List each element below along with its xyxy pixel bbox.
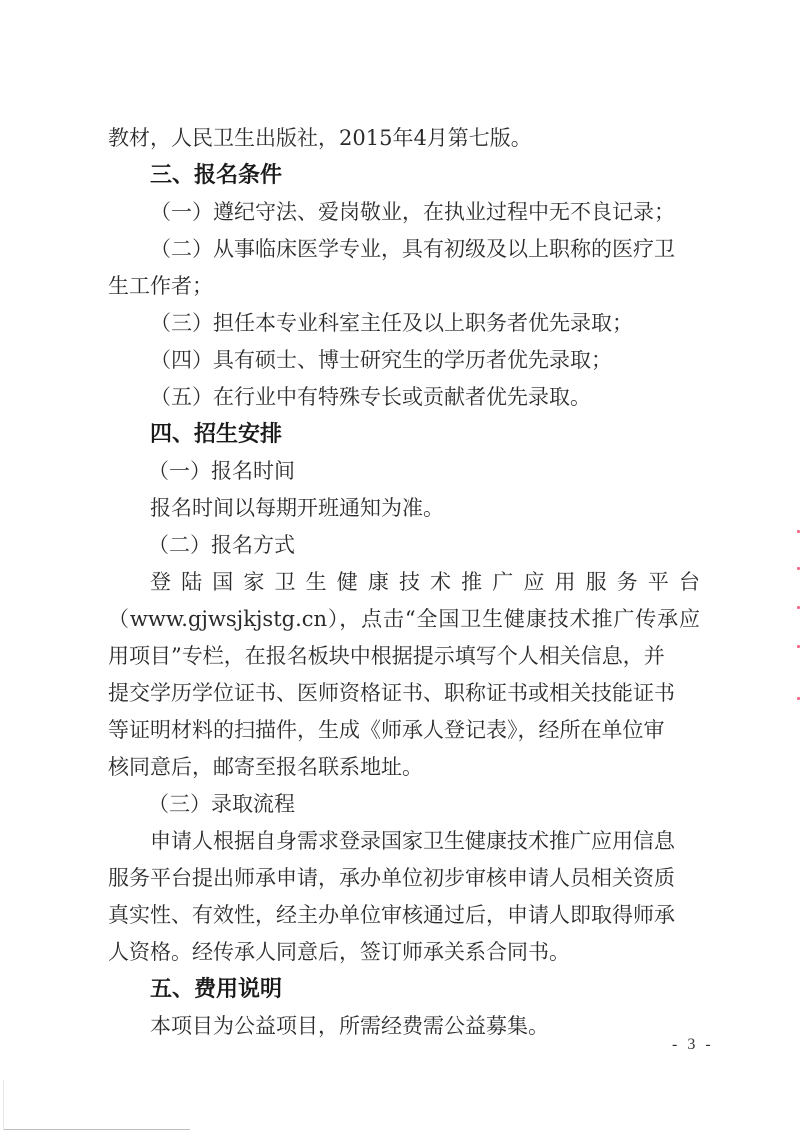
body-line: 等证明材料的扫描件，生成《师承人登记表》，经所在单位审 [108,712,700,749]
body-line: 真实性、有效性，经主办单位审核通过后，申请人即取得师承 [108,897,700,934]
body-line: 人资格。经传承人同意后，签订师承关系合同书。 [108,934,700,971]
scan-edge [3,1080,4,1130]
body-line: 核同意后，邮寄至报名联系地址。 [108,749,700,786]
list-item: （三）担任本专业科室主任及以上职务者优先录取； [150,305,700,342]
body-line: 申请人根据自身需求登录国家卫生健康技术推广应用信息 [150,823,700,860]
scan-edge [4,1129,190,1130]
page-number: - 3 - [672,1036,714,1054]
body-line: 本项目为公益项目，所需经费需公益募集。 [150,1008,700,1045]
body-line: 登陆国家卫生健康技术推广应用服务平台 [150,564,700,601]
list-item: （五）在行业中有特殊专长或贡献者优先录取。 [150,379,700,416]
section-heading-3: 三、报名条件 [150,157,700,194]
body-line: 提交学历学位证书、医师资格证书、职称证书或相关技能证书 [108,675,700,712]
subheading: （二）报名方式 [148,527,698,564]
subheading: （一）报名时间 [148,453,698,490]
body-line: 用项目”专栏，在报名板块中根据提示填写个人相关信息，并 [108,638,700,675]
body-line: 教材，人民卫生出版社，2015年4月第七版。 [108,120,700,157]
list-item: （二）从事临床医学专业，具有初级及以上职称的医疗卫 [150,231,700,268]
list-item: （一）遵纪守法、爱岗敬业，在执业过程中无不良记录； [150,194,700,231]
body-line: （www.gjwsjkjstg.cn），点击“全国卫生健康技术推广传承应 [108,601,700,638]
body-line: 报名时间以每期开班通知为准。 [150,490,700,527]
body-line: 服务平台提出师承申请，承办单位初步审核申请人员相关资质 [108,860,700,897]
section-heading-4: 四、招生安排 [150,416,700,453]
subheading: （三）录取流程 [148,786,698,823]
section-heading-5: 五、费用说明 [150,971,700,1008]
list-item: （四）具有硕士、博士研究生的学历者优先录取； [150,342,700,379]
document-page: 教材，人民卫生出版社，2015年4月第七版。 三、报名条件 （一）遵纪守法、爱岗… [0,0,800,1131]
body-line: 生工作者； [108,268,700,305]
